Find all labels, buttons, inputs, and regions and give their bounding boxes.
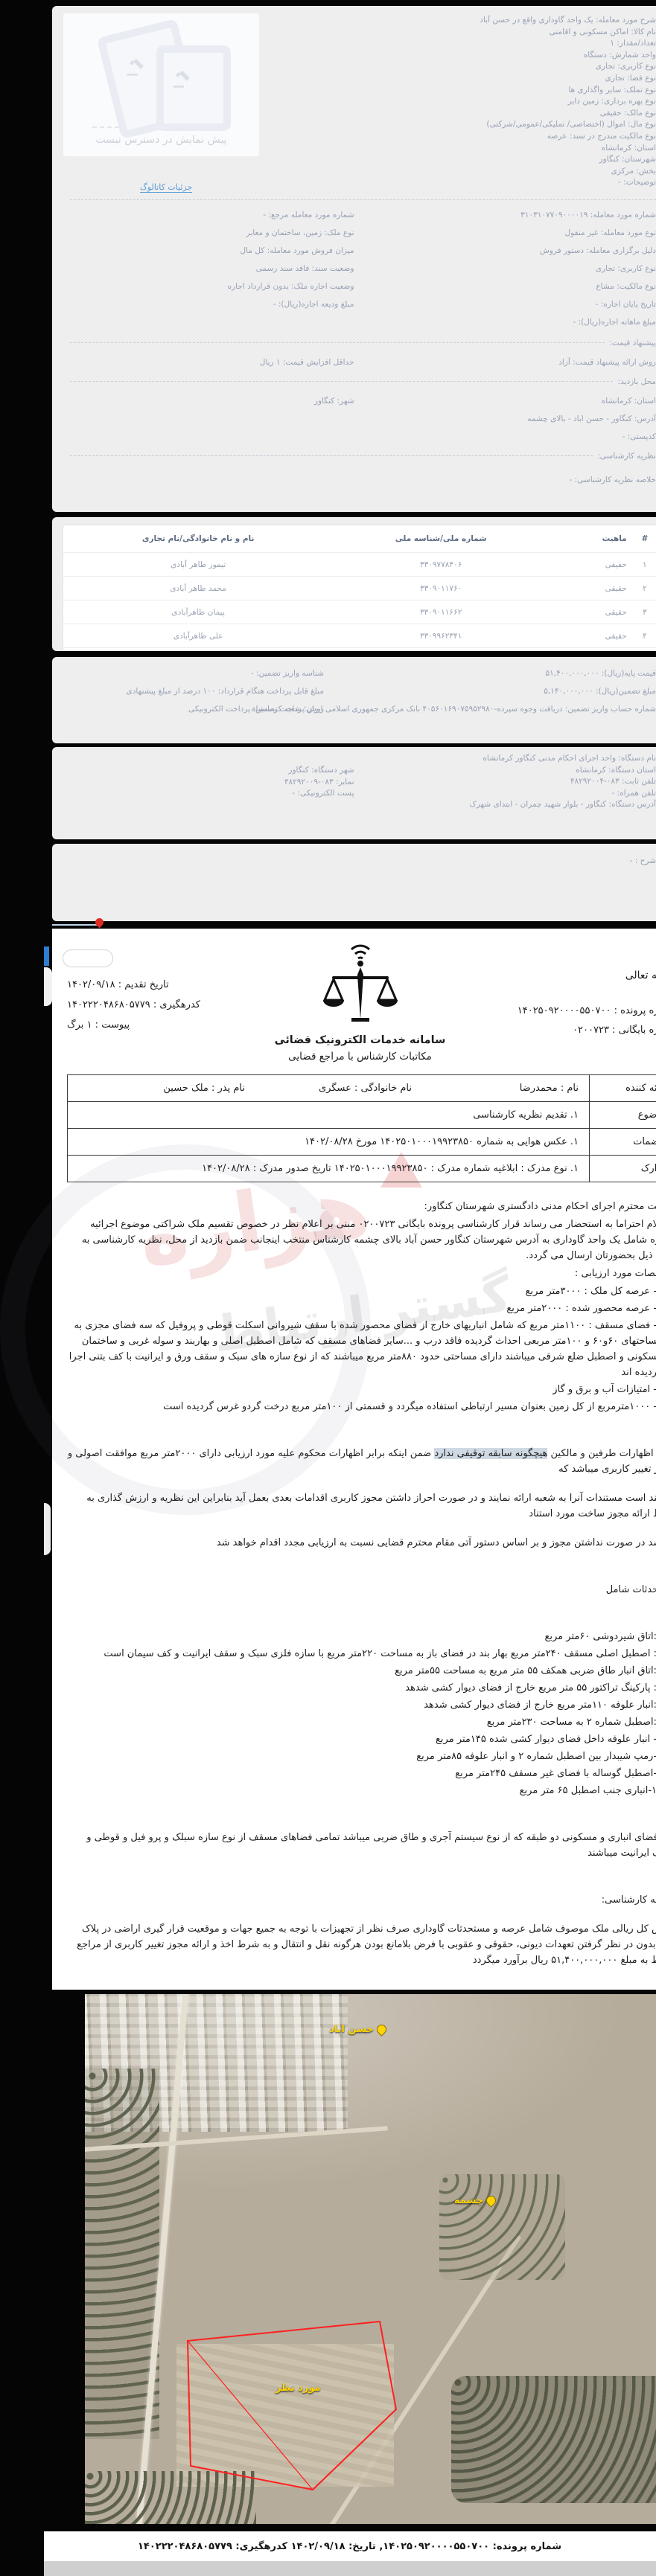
visit-left: شهر: کنگاور xyxy=(8,392,311,446)
tab-agency-info[interactable]: اطلاعات دستگاه xyxy=(630,747,646,839)
doc-list-item: ۱۰-انباری جنب اصطبل ۶۵ متر مربع xyxy=(23,1783,618,1798)
agency-field: آدرس دستگاه: کنگاور - بلوار شهید چمران -… xyxy=(311,799,613,811)
doc-paragraph: ارزش کل ریالی ملک موصوف شامل عرصه و مستح… xyxy=(23,1921,631,1968)
agency-field: نام دستگاه: واحد اجرای احکام مدنی کنگاور… xyxy=(311,753,613,765)
catalog-field: روش ارائه پیشنهاد قیمت: آزاد xyxy=(311,353,613,371)
col-header: شماره ملی/شناسه ملی xyxy=(289,534,505,543)
section-owners-info: اطلاعات مالکان #ماهیتشماره ملی/شناسه ملی… xyxy=(8,517,646,651)
doc-list-item: ۹-اصطبل گوساله با فضای غیر مسقف ۲۴۵متر م… xyxy=(23,1766,618,1781)
agency-left: شهر دستگاه: کنگاورنمابر: ۰۸۳-۴۸۲۹۲۰۰۹پست… xyxy=(8,765,311,811)
doc-table-row: مدارک۱. نوع مدرک : ابلاغیه شماره مدرک : … xyxy=(24,1156,631,1182)
agency-field: نمابر: ۰۸۳-۴۸۲۹۲۰۰۹ xyxy=(8,777,311,789)
owner-national-id: ۳۳۰۹۰۱۱۷۶۰ xyxy=(289,584,505,593)
tab-label: اطلاعات مورد معامله xyxy=(634,217,643,301)
catalog-field: حداقل افزایش قیمت: ۱ ریال xyxy=(8,353,311,371)
owner-national-id: ۳۳۰۹۷۷۸۴۰۶ xyxy=(289,560,505,569)
owners-header-row: #ماهیتشماره ملی/شناسه ملینام و نام خانوا… xyxy=(19,525,619,553)
doc-table-label: منضمات xyxy=(545,1129,631,1155)
owner-type: حقیقی xyxy=(505,608,583,617)
financial-field: قیمت پایه(ریال): ۵۱,۴۰۰,۰۰۰,۰۰۰ xyxy=(280,664,612,682)
catalog-field: دلیل برگزاری معامله: دستور فروش xyxy=(311,242,613,260)
doc-paragraph: مشخصات مورد ارزیابی : xyxy=(23,1266,631,1281)
expert-report-document: هزاره گستر ارتباط بسمه تعالی شماره پروند… xyxy=(8,929,646,1990)
col-header: ماهیت xyxy=(505,534,583,543)
footer-case-info: شماره پرونده: ۱۴۰۲۵۰۹۲۰۰۰۰۵۵۰۷۰۰, تاریخ:… xyxy=(94,2541,518,2552)
catalog-field: خلاصه نظریه کارشناسی: - xyxy=(8,471,612,489)
catalog-field: وضعیت سند: فاقد سند رسمی xyxy=(8,260,311,278)
owners-footer-row xyxy=(19,648,619,651)
col-header: # xyxy=(583,534,619,543)
page-edge-mark xyxy=(0,1503,7,1555)
catalog-field: نوع ملک: زمین، ساختمان و معابر xyxy=(8,224,311,242)
price-right: روش ارائه پیشنهاد قیمت: آزاد xyxy=(311,353,613,371)
owner-index: ۱ xyxy=(583,560,619,569)
document-body: ریاست محترم اجرای احکام مدنی دادگستری شه… xyxy=(23,1199,631,1968)
owner-index: ۳ xyxy=(583,608,619,617)
visit-right: استان: کرمانشاهآدرس: کنگاور - حسن اباد -… xyxy=(311,392,613,446)
agency-field: استان دستگاه: کرمانشاه xyxy=(311,765,613,777)
doc-list-item: ۲- عرصه محصور شده : ۲۰۰۰متر مربع xyxy=(23,1301,618,1316)
doc-table-cell: ۱. عکس هوایی به شماره ۱۴۰۲۵۰۱۰۰۰۱۹۹۲۳۸۵۰… xyxy=(34,1136,535,1147)
owner-national-id: ۳۳۰۹۰۱۱۶۶۲ xyxy=(289,608,505,617)
catalog-group2-left: شماره مورد معامله مرجع: -نوع ملک: زمین، … xyxy=(8,206,311,331)
notes-field: شرح : - xyxy=(8,856,612,868)
doc-table-label: مدارک xyxy=(545,1156,631,1182)
map-label-spring: چشمه xyxy=(410,2195,452,2206)
catalog-details-link[interactable]: جزئیات کاتالوگ xyxy=(96,182,148,193)
financial-field: مبلغ تضمین(ریال): ۵,۱۴۰,۰۰۰,۰۰۰ xyxy=(280,682,612,700)
tab-label: توضیحات xyxy=(634,864,643,900)
financial-field: روش پرداخت تضمین: پرداخت الکترونیکی xyxy=(8,700,280,718)
catalog-field: مبلغ ودیعه اجاره(ریال): - xyxy=(8,295,311,313)
owner-type: حقیقی xyxy=(505,632,583,641)
owner-national-id: ۳۳۰۹۹۶۲۳۴۱ xyxy=(289,632,505,641)
owner-name: محمد طاهر آبادی xyxy=(19,584,289,593)
owner-row: ۲حقیقی۳۳۰۹۰۱۱۷۶۰محمد طاهر آبادی xyxy=(19,577,619,600)
doc-paragraph: ریاست محترم اجرای احکام مدنی دادگستری شه… xyxy=(23,1199,631,1214)
tab-label: اطلاعات دستگاه xyxy=(634,761,643,826)
owner-row: ۴حقیقی۳۳۰۹۹۶۲۳۴۱علی طاهرآبادی xyxy=(19,624,619,648)
doc-list-item: ۵:انبار علوفه ۱۱۰متر مربع خارج از فضای د… xyxy=(23,1697,618,1713)
notes-fields: شرح : - xyxy=(8,844,630,868)
submit-date: تاریخ تقدیم : ۱۴۰۲/۰۹/۱۸ xyxy=(23,975,194,995)
preview-caption: پیش نمایش در دسترس نیست xyxy=(51,134,182,146)
owner-index: ۲ xyxy=(583,584,619,593)
owners-table: #ماهیتشماره ملی/شناسه ملینام و نام خانوا… xyxy=(19,525,620,651)
section-agency-info: اطلاعات دستگاه نام دستگاه: واحد اجرای اح… xyxy=(8,747,646,839)
catalog-field: وضعیت اجاره ملک: بدون قرارداد اجاره xyxy=(8,278,311,295)
agency-right: نام دستگاه: واحد اجرای احکام مدنی کنگاور… xyxy=(311,753,613,811)
owner-index: ۴ xyxy=(583,632,619,641)
doc-table-cell: ۱. نوع مدرک : ابلاغیه شماره مدرک : ۱۴۰۲۵… xyxy=(34,1163,535,1174)
tab-notes[interactable]: توضیحات xyxy=(630,844,646,921)
scales-of-justice-icon xyxy=(278,939,355,1027)
catalog-field: آدرس: کنگاور - حسن اباد - بالای چشمه xyxy=(311,410,613,428)
doc-list-item: ۷- انبار علوفه داخل فضای دیوار کشی شده ۱… xyxy=(23,1731,618,1747)
agency-field: پست الکترونیکی: - xyxy=(8,788,311,800)
org-title: سامانه خدمات الکترونیک قضائی xyxy=(223,1034,410,1046)
catalog-field: بخش: مرکزی xyxy=(8,166,612,178)
catalog-field: شهر: کنگاور xyxy=(8,392,311,410)
section-notes: توضیحات شرح : - xyxy=(8,844,646,921)
doc-paragraph: با سلام احتراما به استحضار می رساند قرار… xyxy=(23,1217,631,1263)
agency-field: شهر دستگاه: کنگاور xyxy=(8,765,311,777)
doc-list-item: ۳- فضای مسقف : ۱۱۰۰متر مربع که شامل انبا… xyxy=(23,1318,618,1380)
doc-list-item: ۴: پارکینگ تراکتور ۵۵ متر مربع خارج از ف… xyxy=(23,1680,618,1696)
doc-list-item: ۵- ۱۰۰۰مترمربع از کل زمین بعنوان مسیر ار… xyxy=(23,1399,618,1414)
catalog-group2-right: شماره مورد معامله: ۳۱۰۳۱۰۷۷۰۹۰۰۰۰۱۹نوع م… xyxy=(311,206,613,331)
doc-paragraph: خلاصه کارشناسی: xyxy=(23,1892,631,1908)
preview-placeholder: پیش نمایش در دسترس نیست xyxy=(19,13,215,156)
section-transaction-info: اطلاعات مورد معامله پیش نمایش در دسترس ن… xyxy=(8,6,646,512)
catalog-field: نوع مورد معامله: غیر منقول xyxy=(311,224,613,242)
doc-table-label: ارائه کننده xyxy=(545,1075,631,1101)
owner-name: تیمور طاهر آبادی xyxy=(19,560,289,569)
financial-left: شناسه واریز تضمین: -مبلغ قابل پرداخت هنگ… xyxy=(8,664,280,718)
doc-table-cell: نام پدر : ملک حسین xyxy=(34,1083,201,1094)
gavel-icon xyxy=(57,27,176,116)
doc-paragraph: مستحدثات شامل xyxy=(23,1582,631,1598)
doc-table-cell: نام : محمدرضا xyxy=(368,1083,535,1094)
page-edge-mark xyxy=(0,967,8,1006)
tab-transaction-info[interactable]: اطلاعات مورد معامله xyxy=(630,6,646,512)
financial-field: شناسه واریز تضمین: - xyxy=(8,664,280,682)
map-label-subject: مورد نظر xyxy=(232,2383,277,2394)
owner-type: حقیقی xyxy=(505,560,583,569)
catalog-field: استان: کرمانشاه xyxy=(311,392,613,410)
doc-paragraph: بجز فضای انباری و مسکونی دو طبقه که از ن… xyxy=(23,1830,631,1861)
doc-table-cell: ۱. تقدیم نظریه کارشناسی xyxy=(34,1109,535,1121)
catalog-field: مبلغ ماهانه اجاره(ریال): - xyxy=(311,313,613,331)
section-financial-info: اطلاعات مالی قیمت پایه(ریال): ۵۱,۴۰۰,۰۰۰… xyxy=(8,657,646,743)
notes-card: شرح : - xyxy=(8,844,630,921)
tab-financial-info[interactable]: اطلاعات مالی xyxy=(630,657,646,743)
agency-card: نام دستگاه: واحد اجرای احکام مدنی کنگاور… xyxy=(8,747,630,839)
owners-card: #ماهیتشماره ملی/شناسه ملینام و نام خانوا… xyxy=(8,517,630,651)
financial-card: قیمت پایه(ریال): ۵۱,۴۰۰,۰۰۰,۰۰۰مبلغ تضمی… xyxy=(8,657,630,743)
catalog-field: نوع کاربری: تجاری xyxy=(311,260,613,278)
page-frame: اطلاعات مورد معامله پیش نمایش در دسترس ن… xyxy=(8,0,646,2531)
doc-table-row: ارائه کنندهنام : محمدرضانام خانوادگی : ع… xyxy=(24,1075,631,1102)
expert-fields: خلاصه نظریه کارشناسی: - xyxy=(8,461,630,489)
catalog-field: شماره مورد معامله مرجع: - xyxy=(8,206,311,224)
tab-owners-info[interactable]: اطلاعات مالکان xyxy=(630,517,646,651)
owner-row: ۳حقیقی۳۳۰۹۰۱۱۶۶۲پیمان طاهرآبادی xyxy=(19,600,619,624)
marker-line xyxy=(8,924,54,926)
visit-section-label: محل بازدید: xyxy=(573,377,612,386)
tab-label: اطلاعات مالکان xyxy=(634,553,643,615)
tab-label: اطلاعات مالی xyxy=(634,672,643,728)
owner-name: علی طاهرآبادی xyxy=(19,632,289,641)
doc-paragraph: میباشد در صورت نداشتن مجوز و بر اساس دست… xyxy=(23,1535,631,1551)
catalog-field: نوع مالکیت: مشاع xyxy=(311,278,613,295)
doc-table-row: منضمات۱. عکس هوایی به شماره ۱۴۰۲۵۰۱۰۰۰۱۹… xyxy=(24,1129,631,1156)
transaction-info-card: پیش نمایش در دسترس نیست شرح مورد معامله:… xyxy=(8,6,630,512)
doc-table-label: موضوع xyxy=(545,1102,631,1128)
case-number: شماره پرونده : ۱۴۰۲۵۰۹۲۰۰۰۰۵۵۰۷۰۰ xyxy=(438,1002,631,1021)
price-left: حداقل افزایش قیمت: ۱ ریال xyxy=(8,353,311,371)
doc-list-item: ۸-رمپ شیبدار بین اصطبل شماره ۲ و انبار ع… xyxy=(23,1749,618,1764)
document-info-table: ارائه کنندهنام : محمدرضانام خانوادگی : ع… xyxy=(23,1074,631,1182)
aerial-map: حسن اباد چشمه مورد نظر xyxy=(8,1993,646,2531)
agency-field: تلفن همراه: - xyxy=(311,788,613,800)
catalog-field: تاریخ پایان اجاره: - xyxy=(311,295,613,313)
empty-chip xyxy=(19,949,69,967)
doc-paragraph: برابر اظهارات طرفین و مالکین هیچگونه ساب… xyxy=(23,1446,631,1477)
catalog-field: میزان فروش مورد معامله: کل مال xyxy=(8,242,311,260)
doc-list-item: ۲: اصطبل اصلی مسقف ۲۴۰متر مربع بهار بند … xyxy=(23,1646,618,1662)
owner-name: پیمان طاهرآبادی xyxy=(19,608,289,617)
bismillah: بسمه تعالی xyxy=(438,966,631,985)
doc-list-item: ۳:اتاق انبار طاق ضربی همکف ۵۵ متر مربع ب… xyxy=(23,1663,618,1679)
price-section-label: پیشنهاد قیمت: xyxy=(565,339,612,347)
doc-paragraph: نیازمند است مستندات آنرا به شعبه ارائه ن… xyxy=(23,1490,631,1522)
page-edge-blue-tab[interactable] xyxy=(0,946,5,966)
doc-table-cell: نام خانوادگی : عسگری xyxy=(201,1083,368,1094)
highlighted-text: هیچگونه سابقه توقیفی ندارد xyxy=(390,1448,503,1459)
doc-list-item: ۴- امتیازات آب و برق و گاز xyxy=(23,1382,618,1397)
pin-icon xyxy=(331,2022,344,2036)
pin-icon xyxy=(441,2194,454,2207)
archive-number: شماره بایگانی : ۰۲۰۰۷۲۳ xyxy=(438,1021,631,1040)
financial-field: مبلغ قابل پرداخت هنگام قرارداد: ۱۰۰ درصد… xyxy=(8,682,280,700)
doc-table-row: موضوع۱. تقدیم نظریه کارشناسی xyxy=(24,1102,631,1129)
map-label-village: حسن اباد xyxy=(285,2024,343,2035)
subject-parcel-outline xyxy=(8,1993,656,2531)
footer-pad xyxy=(0,2561,656,2576)
doc-list-item: ۶:اصطبل شماره ۲ به مساحت ۲۳۰متر مربع xyxy=(23,1714,618,1730)
agency-field: تلفن ثابت: ۰۸۳-۴۸۲۹۲۰۰۴ xyxy=(311,776,613,788)
document-header: بسمه تعالی شماره پرونده : ۱۴۰۲۵۰۹۲۰۰۰۰۵۵… xyxy=(23,939,631,1063)
doc-list-item: ۱- عرصه کل ملک : ۳۰۰۰متر مربع xyxy=(23,1284,618,1299)
expert-section-label: نظریه کارشناسی: xyxy=(553,452,612,461)
financial-right: قیمت پایه(ریال): ۵۱,۴۰۰,۰۰۰,۰۰۰مبلغ تضمی… xyxy=(280,664,612,718)
page-footer: شماره پرونده: ۱۴۰۲۵۰۹۲۰۰۰۰۵۵۰۷۰۰, تاریخ:… xyxy=(0,2531,656,2561)
owner-type: حقیقی xyxy=(505,584,583,593)
catalog-field: کدپستی: - xyxy=(311,428,613,446)
financial-field: شماره حساب واریز تضمین: دریافت وجوه سپرد… xyxy=(280,700,612,718)
owner-row: ۱حقیقی۳۳۰۹۷۷۸۴۰۶تیمور طاهر آبادی xyxy=(19,553,619,577)
attachment-count: پیوست : ۱ برگ xyxy=(23,1015,194,1035)
tracking-code: کدرهگیری : ۱۴۰۲۲۲۰۴۸۶۸۰۵۷۷۹ xyxy=(23,995,194,1015)
org-subtitle: مکاتبات کارشناس با مراجع قضایی xyxy=(223,1051,410,1063)
catalog-field: شماره مورد معامله: ۳۱۰۳۱۰۷۷۰۹۰۰۰۰۱۹ xyxy=(311,206,613,224)
col-header: نام و نام خانوادگی/نام تجاری xyxy=(19,534,289,543)
doc-list-item: ۱:اتاق شیردوشی ۶۰متر مربع xyxy=(23,1629,618,1644)
